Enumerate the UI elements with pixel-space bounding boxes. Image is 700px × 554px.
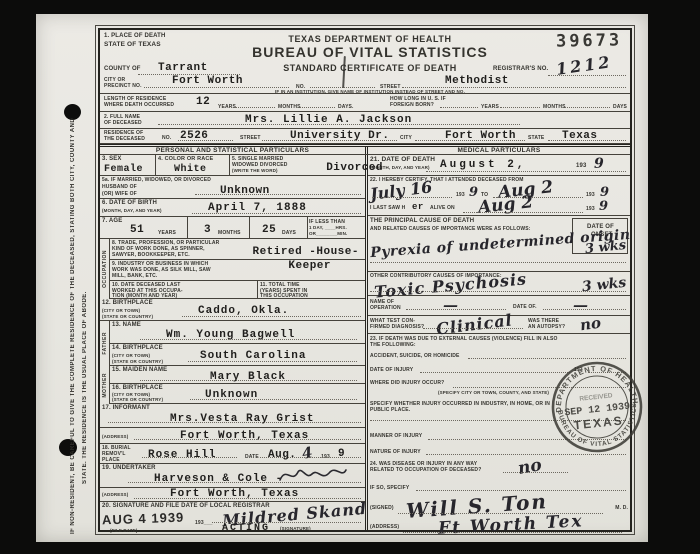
burial-date-label: DATE [245,454,259,460]
burial-date-line [260,457,361,458]
age-months-label: MONTHS [218,230,241,236]
birthplace-label-3: (STATE OR COUNTRY) [102,314,153,319]
medical-section-title: MEDICAL PARTICULARS [368,147,630,154]
foreign-line-2 [500,107,540,108]
mother-birthplace-row: 16. BIRTHPLACE (CITY OR TOWN) (STATE OR … [110,384,365,404]
if-so-specify-label: IF SO, SPECIFY [370,485,409,491]
where-injury-label: WHERE DID INJURY OCCUR? [370,380,444,386]
lastsaw-date-value: Aug 2 [477,192,534,218]
foreign-years-label: YEARS [481,104,499,110]
form-header: 1. PLACE OF DEATH STATE OF TEXAS TEXAS D… [100,30,630,94]
contributory-line [370,291,626,292]
father-side-strip: FATHER [100,321,110,366]
dob-label-2: (MONTH, DAY, AND YEAR) [102,208,162,213]
father-birthplace-row: 14. BIRTHPLACE (CITY OR TOWN) (STATE OR … [110,344,365,366]
race-label: 4. COLOR OR RACE [158,156,213,163]
where-injury-note: (SPECIFY CITY OR TOWN, COUNTY, AND STATE… [438,390,549,395]
test-autopsy-row: WHAT TEST CON- FIRMED DIAGNOSIS? Clinica… [368,316,630,334]
foreign-line-1 [440,107,478,108]
burial-place-value: Rose Hill [148,450,216,461]
undertaker-value: Harveson & Cole - [154,474,283,485]
race-cell: 4. COLOR OR RACE White [156,155,230,175]
spouse-line [195,194,361,195]
foreign-days-label: DAYS [613,104,627,110]
certificate-paper: IF NON-RESIDENT, BE CAREFUL TO GIVE THE … [36,14,648,542]
burial-year-typed: 9 [338,449,345,460]
foreign-months-label: MONTHS [543,104,566,110]
undertaker-row: 19. UNDERTAKER Harveson & Cole - [100,464,365,488]
father-bp-line [188,361,357,362]
registrar-row: 20. SIGNATURE AND FILE DATE OF LOCAL REG… [100,502,365,530]
length-days-label: DAYS. [338,104,354,110]
external-causes-row: 23. IF DEATH WAS DUE TO EXTERNAL CAUSES … [368,334,630,349]
contributory-onset-value: 3 wks [581,275,627,296]
sex-value: Female [104,165,143,175]
stamp-received-word: RECEIVED [579,392,613,402]
principal-cause-row: THE PRINCIPAL CAUSE OF DEATH AND RELATED… [368,216,630,272]
informant-row: 17. INFORMANT Mrs.Vesta Ray Grist [100,404,365,428]
residence-line-3 [415,140,525,141]
lastsaw-line [463,212,583,213]
dod-year-printed: 193 [576,163,586,170]
father-bp-label-1: 14. BIRTHPLACE [112,345,163,352]
serial-number-stamp: 39673 [556,30,623,51]
informant-address-value: Fort Worth, Texas [180,431,309,442]
sex-cell: 3. SEX Female [100,155,156,175]
father-name-label: 13. NAME [112,322,141,329]
informant-line [108,422,361,423]
principal-cause-line [370,262,626,263]
registrar-no-label: REGISTRAR'S NO. [493,66,548,73]
cause-label-1: THE PRINCIPAL CAUSE OF DEATH [370,218,474,225]
mother-name-line [140,380,357,381]
margin-note-outer: IF NON-RESIDENT, BE CAREFUL TO GIVE THE … [70,32,76,534]
file-date-stamp: AUG 4 1939 [102,510,185,528]
occ-rel-line [503,472,568,473]
industry-label-3: MILL, BANK, ETC. [112,273,157,279]
last-worked-cell: 10. DATE DECEASED LAST WORKED AT THIS OC… [110,281,258,298]
age-less-3: OR________MIN. [309,231,347,236]
undertaker-label: 19. UNDERTAKER [102,465,156,472]
birthplace-label-2: (CITY OR TOWN) [102,308,140,313]
cause-label-2: AND RELATED CAUSES OF IMPORTANCE WERE AS… [370,226,531,232]
age-years-value: 51 [130,225,144,236]
physician-address-label: (ADDRESS) [370,524,399,530]
mother-name-value: Mary Black [210,372,286,383]
principal-onset-value: 3 wks [584,238,626,257]
occ-rel-value: no [516,455,543,479]
trade-label-3: SAWYER, BOOKKEEPER, ETC. [112,252,190,258]
accident-label: ACCIDENT, SUICIDE, OR HOMICIDE [370,353,460,359]
personal-column: 3. SEX Female 4. COLOR OR RACE White 5. … [100,155,368,530]
operation-date-label: DATE OF. [513,304,537,310]
sex-race-marital-row: 3. SEX Female 4. COLOR OR RACE White 5. … [100,155,365,176]
city-value: Fort Worth [172,76,243,87]
file-date-caption: (FILE DATE) [110,528,138,533]
length-years-value: 12 [196,97,210,108]
spouse-label-1: 5a. IF MARRIED, WIDOWED, OR DIVORCED [102,177,211,183]
residence-line-2 [262,140,397,141]
age-days-value: 25 [262,225,276,236]
external-label-2: THE FOLLOWING: [370,342,416,348]
informant-address-line [134,439,361,440]
mother-side-label: MOTHER [102,373,108,398]
marital-cell: 5. SINGLE MARRIED WIDOWED DIVORCED (WRIT… [230,155,365,175]
burial-day-handwritten: 4 [301,443,314,463]
age-years-label: YEARS [158,230,176,236]
dod-value: August 2, [440,160,526,171]
age-less-2: 1 DAY, ____HRS. [309,225,347,230]
race-value: White [174,165,207,175]
mother-name-label: 15. MAIDEN NAME [112,367,167,374]
age-label: 7. AGE [102,218,122,225]
physician-address-row: (ADDRESS) Ft Worth Tex [368,519,630,530]
father-bp-label-3: (STATE OR COUNTRY) [112,359,163,364]
burial-row: 18. BURIAL REMOV'L PLACE Rose Hill DATE … [100,444,365,464]
occupation-related-row: 24. WAS DISEASE OR INJURY IN ANY WAY REL… [368,459,630,479]
test-line [423,328,523,329]
residence-state-label: STATE [528,135,544,141]
length-line-2 [300,107,335,108]
occ-rel-label-2: RELATED TO OCCUPATION OF DECEASED? [370,467,481,473]
margin-note-inner: STATE. THE RESIDENCE IS THE USUAL PLACE … [82,134,88,484]
age-months-cell: 3 MONTHS [188,217,250,238]
lastsaw-label-2: ALIVE ON [430,205,455,211]
mother-bp-label-3: (STATE OR COUNTRY) [112,397,163,402]
autopsy-label-2: AN AUTOPSY? [528,324,565,330]
personal-section-title: PERSONAL AND STATISTICAL PARTICULARS [100,147,368,154]
received-round-stamp: DEPARTMENT OF HEALTH BUREAU OF VITAL STA… [544,354,650,460]
nature-injury-label: NATURE OF INJURY [370,449,421,455]
birthplace-line [182,316,361,317]
operation-label-2: OPERATION [370,305,401,311]
birthplace-row: 12. BIRTHPLACE (CITY OR TOWN) (STATE OR … [100,299,365,321]
medical-column: 21. DATE OF DEATH (MONTH, DAY, AND YEAR)… [368,155,630,530]
burial-month-value: Aug. [268,450,296,461]
length-line-1 [235,107,275,108]
residence-label-2: THE DECEASED [104,136,145,142]
operation-date-value: — [573,296,588,314]
last-worked-row: 10. DATE DECEASED LAST WORKED AT THIS OC… [110,281,365,299]
to-year-printed: 193 [586,192,595,198]
occupation-side-label: OCCUPATION [102,250,108,288]
age-days-cell: 25 DAYS [250,217,308,238]
undertaker-line [128,482,361,483]
injury-date-label: DATE OF INJURY [370,367,413,373]
mother-side-strip: MOTHER [100,366,110,404]
cert-title: STANDARD CERTIFICATE OF DEATH [250,63,490,74]
county-value: Tarrant [158,63,208,74]
mother-name-row: 15. MAIDEN NAME Mary Black [110,366,365,384]
from-year-printed: 193 [456,192,465,198]
trade-value-1: Retired -House- [252,247,359,258]
signed-label: (SIGNED) [370,505,394,511]
residence-no-label: NO. [162,135,171,141]
burial-place-line [142,457,237,458]
section-header-row: PERSONAL AND STATISTICAL PARTICULARS MED… [100,144,630,155]
md-label: M. D. [615,505,628,511]
length-years-label: YEARS [218,104,236,110]
residence-row: RESIDENCE OF THE DECEASED NO. 2526 STREE… [100,129,630,144]
date-of-death-row: 21. DATE OF DEATH (MONTH, DAY, AND YEAR)… [368,155,630,176]
file-year-blank: 193___ [195,520,213,526]
occupation-group: OCCUPATION 8. TRADE, PROFESSION, OR PART… [100,239,365,299]
residence-street-label: STREET [240,135,261,141]
informant-address-row: (ADDRESS) Fort Worth, Texas [100,428,365,444]
street-value: Methodist [445,76,509,87]
informant-address-label: (ADDRESS) [102,434,128,439]
test-label-2: FIRMED DIAGNOSIS? [370,324,424,330]
registrar-signature-line [212,522,361,523]
county-label: COUNTY OF [104,66,141,73]
father-name-line [140,339,357,340]
age-row: 7. AGE 51 YEARS 3 MONTHS 25 DAYS IF LESS… [100,217,365,239]
mother-group: MOTHER 15. MAIDEN NAME Mary Black 16. BI… [100,366,365,404]
mother-bp-line [190,399,357,400]
residence-city-label: CITY [400,135,412,141]
informant-value: Mrs.Vesta Ray Grist [170,414,314,425]
to-year-handwritten: 9 [600,185,609,200]
dob-row: 6. DATE OF BIRTH (MONTH, DAY, AND YEAR) … [100,199,365,217]
attended-from-line [372,197,452,198]
foreign-label-2: FOREIGN BORN? [390,102,434,108]
lastsaw-label-1: I LAST SAW H [370,205,405,211]
specify-label-2: PUBLIC PLACE. [370,407,410,413]
industry-row: 9. INDUSTRY OR BUSINESS IN WHICH WORK WA… [110,260,365,281]
father-name-row: 13. NAME Wm. Young Bagwell [110,321,365,344]
dod-line [426,171,626,172]
birthplace-label-1: 12. BIRTHPLACE [102,300,153,307]
foreign-line-3 [565,107,610,108]
undertaker-address-row: (ADDRESS) Fort Worth, Texas [100,488,365,502]
full-name-row: 2. FULL NAME OF DECEASED Mrs. Lillie A. … [100,112,630,129]
age-days-label: DAYS [282,230,296,236]
dod-year-handwritten: 9 [594,156,604,172]
operation-value: — [443,296,458,314]
father-group: FATHER 13. NAME Wm. Young Bagwell 14. BI… [100,321,365,366]
occupation-side-strip: OCCUPATION [100,239,110,299]
age-years-cell: 7. AGE 51 YEARS [100,217,188,238]
undertaker-address-line [134,498,361,499]
residence-line-4 [548,140,626,141]
signature-caption: (SIGNATURE) [280,526,311,531]
dob-line [192,213,361,214]
certificate-form: 1. PLACE OF DEATH STATE OF TEXAS TEXAS D… [98,28,632,532]
street-line [402,87,626,88]
trade-value-2: Keeper [288,261,331,272]
total-time-cell: 11. TOTAL TIME (YEARS) SPENT IN THIS OCC… [258,281,365,298]
marital-value: Divorced [326,163,383,174]
age-months-value: 3 [204,225,211,236]
city-line [144,87,289,88]
trade-row: 8. TRADE, PROFESSION, OR PARTICULAR KIND… [110,239,365,260]
residence-line-1 [178,140,233,141]
marital-label-3: (WRITE THE WORD) [232,168,278,173]
state-of-texas-label: STATE OF TEXAS [104,41,161,49]
physician-address-line [403,532,622,533]
contributory-row: OTHER CONTRIBUTORY CAUSES OF IMPORTANCE:… [368,272,630,296]
age-less-cell: IF LESS THAN 1 DAY, ____HRS. OR________M… [308,217,365,238]
spouse-label-2: HUSBAND OF [102,184,137,190]
lastsaw-year-handwritten: 9 [599,199,608,214]
precinct-no-label: PRECINCT NO. [104,83,142,89]
bureau-title: BUREAU OF VITAL STATISTICS [235,44,505,61]
manner-injury-label: MANNER OF INJURY [370,433,422,439]
fullname-label-2: OF DECEASED [104,120,142,126]
fullname-value: Mrs. Lillie A. Jackson [245,115,412,126]
informant-label: 17. INFORMANT [102,405,150,412]
length-label-2: WHERE DEATH OCCURRED [104,102,174,108]
attended-row: 22. I HEREBY CERTIFY, THAT I ATTENDED DE… [368,176,630,216]
spouse-value: Unknown [220,186,270,197]
lastsaw-year-printed: 193 [586,206,595,212]
autopsy-value: no [579,314,602,335]
father-bp-label-2: (CITY OR TOWN) [112,353,150,358]
father-side-label: FATHER [102,332,108,355]
spouse-row: 5a. IF MARRIED, WIDOWED, OR DIVORCED HUS… [100,176,365,199]
dob-label-1: 6. DATE OF BIRTH [102,200,157,207]
length-months-label: MONTHS [278,104,301,110]
sex-label: 3. SEX [102,156,122,163]
spouse-label-3: (OR) WIFE OF [102,191,137,197]
undertaker-address-label: (ADDRESS) [102,492,128,497]
length-of-residence-row: LENGTH OF RESIDENCE WHERE DEATH OCCURRED… [100,94,630,112]
place-of-death-label: 1. PLACE OF DEATH [104,33,165,40]
burial-label-3: PLACE [102,457,120,463]
lastsaw-er-value: er [412,203,424,212]
acting-label: ACTING [222,524,270,534]
